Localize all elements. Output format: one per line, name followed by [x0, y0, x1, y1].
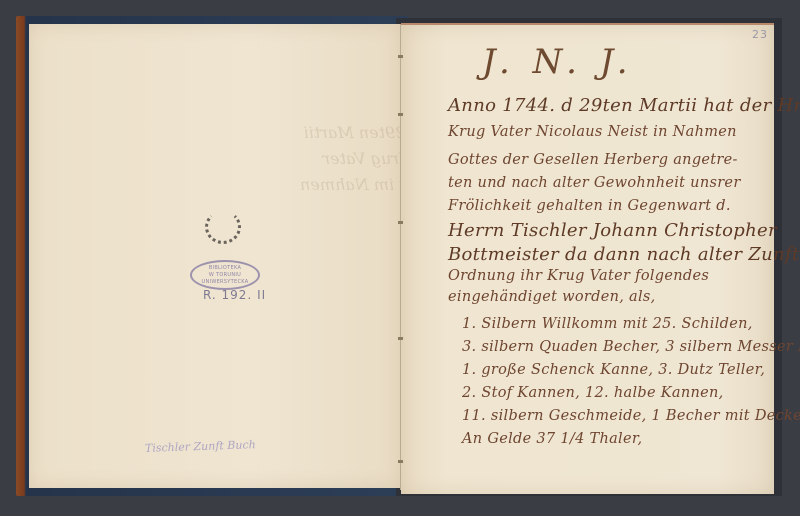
left-page	[29, 24, 401, 488]
manuscript-line: Krug Vater Nicolaus Neist in Nahmen	[448, 124, 737, 140]
manuscript-line: 11. silbern Geschmeide, 1 Becher mit Dec…	[462, 408, 800, 424]
manuscript-line: 1. Silbern Willkomm mit 25. Schilden,	[462, 316, 753, 332]
library-stamp: BIBLIOTEKA W TORUNIU UNIWERSYTECKA	[190, 260, 260, 290]
manuscript-line: Ordnung ihr Krug Vater folgendes	[448, 268, 709, 284]
stamp-line: UNIWERSYTECKA	[192, 279, 258, 286]
manuscript-line: Bottmeister da dann nach alter Zunft-	[448, 244, 800, 265]
manuscript-line: An Gelde 37 1/4 Thaler,	[462, 431, 642, 447]
manuscript-line: ten und nach alter Gewohnheit unsrer	[448, 175, 741, 191]
book-spine	[400, 24, 401, 490]
binding-stitch	[398, 337, 403, 340]
manuscript-line: eingehändiget worden, als,	[448, 289, 656, 305]
manuscript-line: Herrn Tischler Johann Christopher	[448, 220, 777, 241]
manuscript-line: Gottes der Gesellen Herberg angetre-	[448, 152, 738, 168]
stamp-line: BIBLIOTEKA	[192, 265, 258, 272]
manuscript-line: 2. Stof Kannen, 12. halbe Kannen,	[462, 385, 724, 401]
binding-stitch	[398, 55, 403, 58]
manuscript-line: Anno 1744. d 29ten Martii hat der Hr.	[448, 95, 800, 116]
binding-stitch	[398, 221, 403, 224]
stamp-line: W TORUNIU	[192, 272, 258, 279]
folio-number: 23	[752, 28, 768, 41]
shelfmark: R. 192. II	[203, 288, 266, 302]
binding-stitch	[398, 460, 403, 463]
ink-ring-mark	[205, 210, 241, 244]
binding-stitch	[398, 113, 403, 116]
page-heading: J. N. J.	[482, 42, 634, 82]
manuscript-line: 3. silbern Quaden Becher, 3 silbern Mess…	[462, 339, 800, 355]
manuscript-line: Frölichkeit gehalten in Gegenwart d.	[448, 198, 731, 214]
manuscript-line: 1. große Schenck Kanne, 3. Dutz Teller,	[462, 362, 765, 378]
